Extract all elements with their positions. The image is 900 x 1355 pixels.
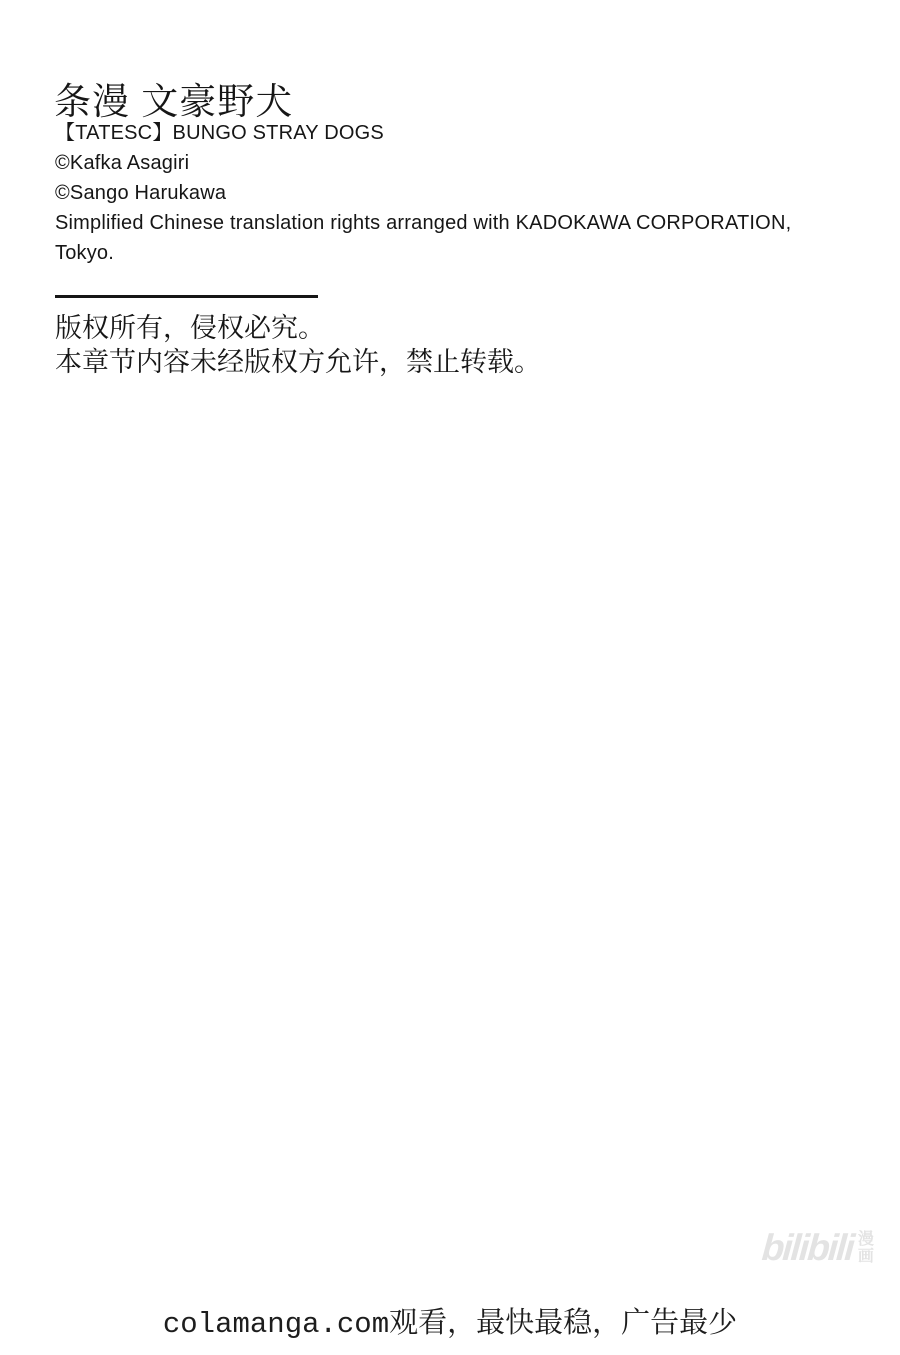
- copyright-line-artist: ©Sango Harukawa: [55, 178, 791, 208]
- copyright-notice-block: 版权所有，侵权必究。 本章节内容未经版权方允许，禁止转载。: [55, 311, 541, 379]
- footer-site-text: colamanga.com观看，最快最稳，广告最少: [163, 1308, 737, 1341]
- bilibili-manga-label: 漫 画: [858, 1231, 874, 1265]
- bilibili-manga-char-top: 漫: [858, 1231, 874, 1248]
- notice-line-no-reprint: 本章节内容未经版权方允许，禁止转载。: [55, 345, 541, 379]
- bilibili-logo-text: bilibili: [760, 1224, 854, 1272]
- bilibili-watermark: bilibili 漫 画: [762, 1224, 874, 1272]
- copyright-block: 【TATESC】BUNGO STRAY DOGS ©Kafka Asagiri …: [55, 118, 791, 268]
- footer-banner: colamanga.com观看，最快最稳，广告最少: [0, 1300, 900, 1341]
- bilibili-manga-char-bottom: 画: [858, 1248, 874, 1265]
- copyright-line-rights: Simplified Chinese translation rights ar…: [55, 208, 791, 238]
- copyright-line-city: Tokyo.: [55, 238, 791, 268]
- copyright-line-series: 【TATESC】BUNGO STRAY DOGS: [55, 118, 791, 148]
- divider-line: [55, 295, 318, 298]
- copyright-line-author: ©Kafka Asagiri: [55, 148, 791, 178]
- notice-line-all-rights: 版权所有，侵权必究。: [55, 311, 541, 345]
